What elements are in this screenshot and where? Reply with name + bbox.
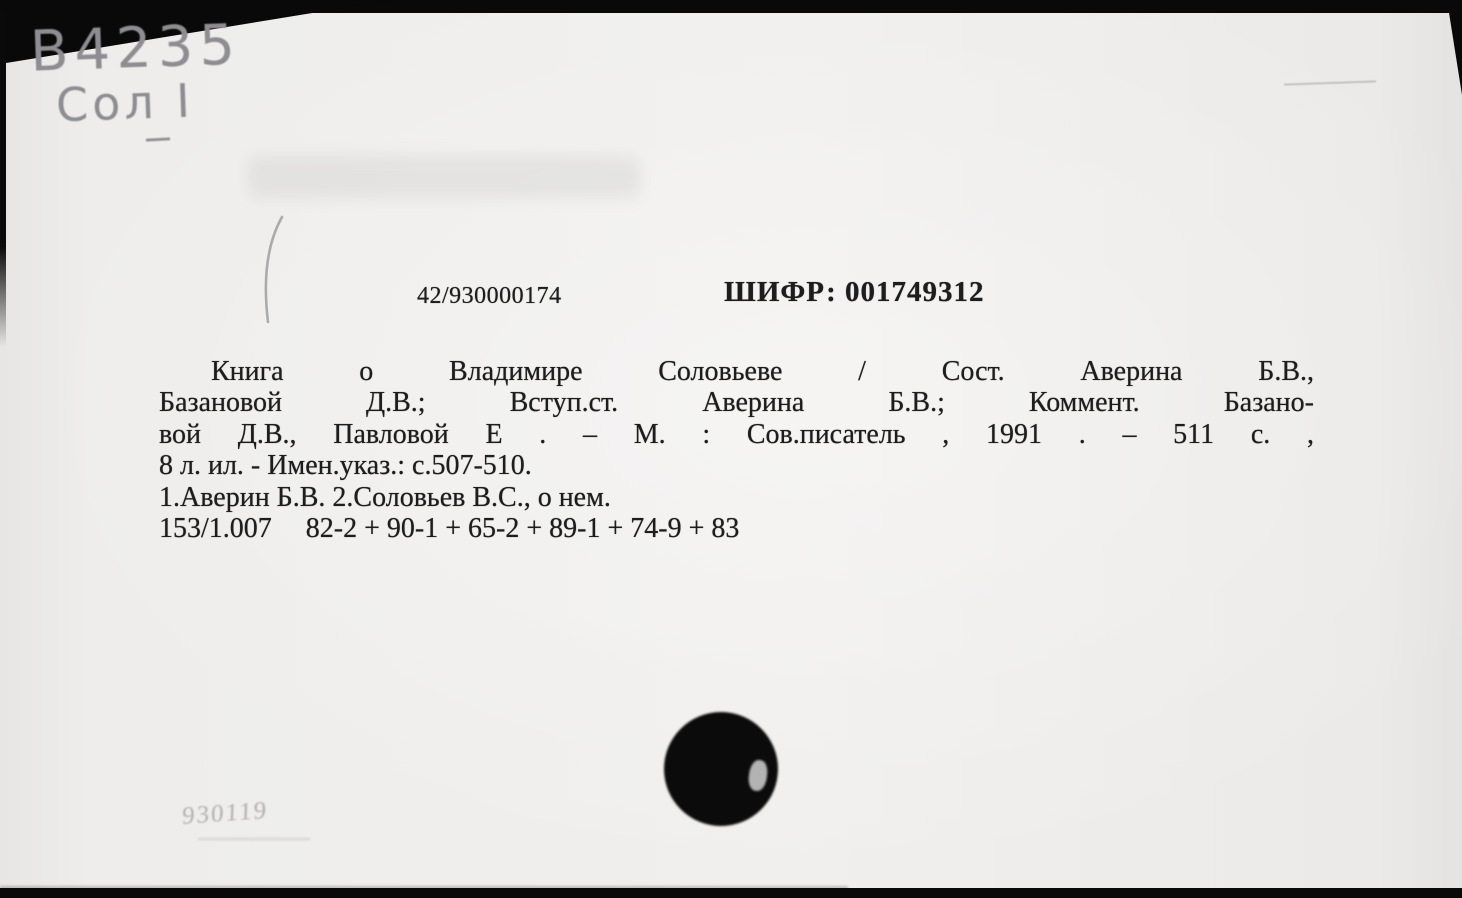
bib-line-title: Книга о Владимире Соловьеве / Сост. Авер…: [159, 356, 1314, 387]
classification-prefix: 153/1.007: [159, 513, 306, 544]
classification-codes: 82-2 + 90-1 + 65-2 + 89-1 + 74-9 + 83: [306, 513, 740, 544]
bib-line-collation: 8 л. ил. - Имен.указ.: с.507-510.: [159, 450, 1314, 481]
bib-line-imprint: вой Д.В., Павловой Е . – М. : Сов.писате…: [159, 419, 1314, 450]
bib-line-classification: 153/1.00782-2 + 90-1 + 65-2 + 89-1 + 74-…: [159, 513, 1314, 544]
handwritten-section-mark: Сол I: [55, 74, 195, 133]
faint-stamp-underline: [198, 838, 310, 840]
scan-edge-left: [0, 12, 6, 347]
record-number: 42/930000174: [417, 283, 562, 310]
bib-line-contributors: Базановой Д.В.; Вступ.ст. Аверина Б.В.; …: [159, 387, 1314, 418]
handwritten-call-number: В4235: [29, 12, 242, 84]
faint-scratch-line: [1284, 80, 1376, 85]
scan-edge-top-right-corner: [1447, 0, 1462, 95]
library-catalog-card-scan: В4235 Сол I 42/930000174 ШИФР: 001749312…: [0, 0, 1462, 898]
cipher-code: ШИФР: 001749312: [724, 276, 985, 309]
pencil-stroke-mark: [252, 214, 296, 326]
faint-date-stamp: 930119: [182, 797, 269, 831]
scan-edge-bottom: [0, 888, 1462, 898]
handwritten-underline-mark: [146, 137, 170, 141]
bibliographic-entry: Книга о Владимире Соловьеве / Сост. Авер…: [159, 356, 1314, 544]
erased-stamp-smudge: [248, 156, 640, 198]
bib-line-added-entries: 1.Аверин Б.В. 2.Соловьев В.С., о нем.: [159, 482, 1314, 513]
